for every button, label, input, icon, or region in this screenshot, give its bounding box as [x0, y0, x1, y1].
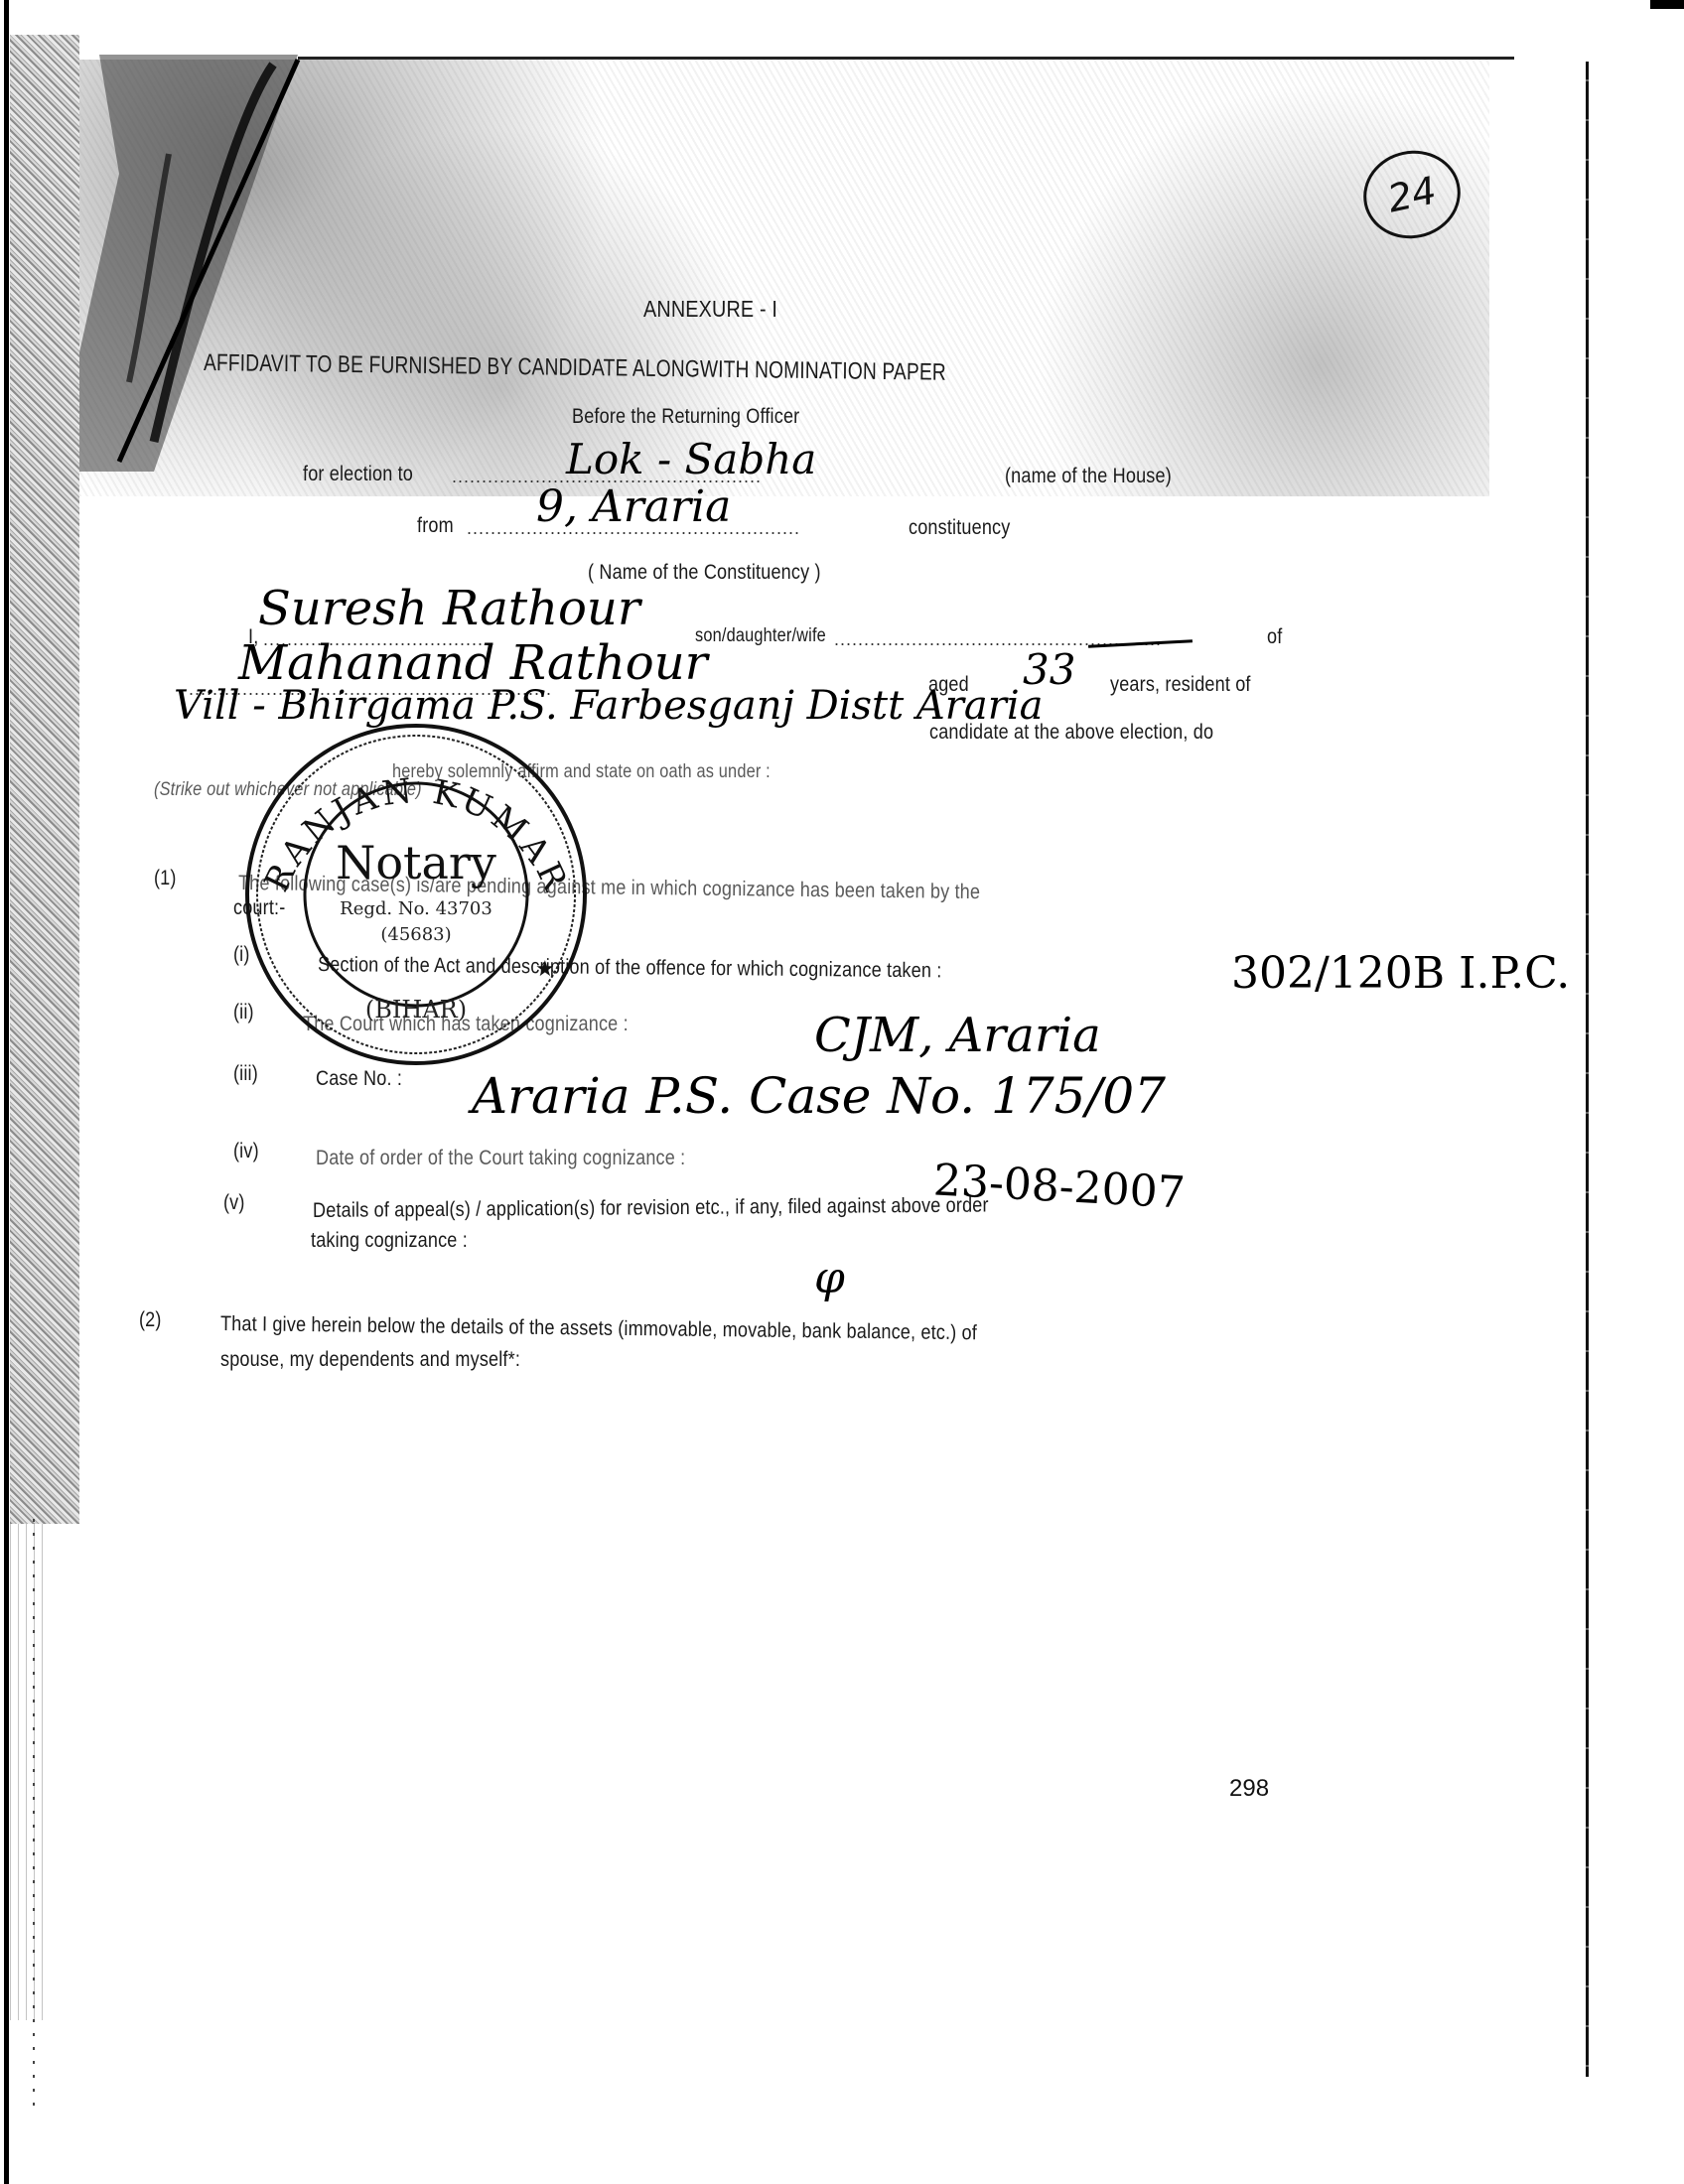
- page-number: 298: [1229, 1775, 1269, 1803]
- section-2-line1: That I give herein below the details of …: [220, 1312, 977, 1345]
- section-1-number: (1): [154, 867, 177, 890]
- section-2-number: (2): [139, 1308, 162, 1332]
- item-v-label-line2: taking cognizance :: [311, 1229, 468, 1253]
- item-iv-number: (iv): [233, 1140, 259, 1163]
- from-label: from: [417, 514, 454, 538]
- relation-strike-dash: [1082, 635, 1198, 653]
- of-label: of: [1267, 625, 1282, 649]
- stamp-center-text: Notary: [336, 836, 496, 889]
- years-resident-label: years, resident of: [1110, 673, 1251, 697]
- annexure-title: ANNEXURE - I: [643, 296, 777, 323]
- election-house-handwritten: Lok - Sabha: [566, 435, 816, 483]
- scan-noise-left-lower: [10, 1524, 50, 2020]
- item-v-label-line1: Details of appeal(s) / application(s) fo…: [313, 1193, 989, 1223]
- election-label: for election to: [303, 463, 413, 486]
- item-iii-value-handwritten: Araria P.S. Case No. 175/07: [472, 1067, 1166, 1125]
- notary-stamp: RANJAN KUMAR VERMA Notary Regd. No. 4370…: [241, 720, 591, 1069]
- page-top-edge: [298, 57, 1514, 60]
- relation-label: son/daughter/wife: [695, 625, 826, 647]
- item-v-value-handwritten: φ: [814, 1253, 845, 1303]
- constituency-caption: constituency: [909, 516, 1010, 540]
- scan-corner-mark: [1650, 0, 1684, 9]
- folded-corner-shadow: [60, 55, 318, 472]
- scan-dotted-edge: [33, 1519, 35, 2115]
- stamp-bottom-text: (BIHAR): [365, 996, 467, 1024]
- section-2-line2: spouse, my dependents and myself*:: [220, 1348, 520, 1372]
- item-ii-value-handwritten: CJM, Araria: [814, 1008, 1101, 1063]
- stamp-regd-text: Regd. No. 43703: [340, 898, 492, 919]
- page-right-edge: [1586, 62, 1589, 2077]
- constituency-handwritten: 9, Araria: [536, 481, 731, 532]
- scan-left-border: [4, 0, 9, 2184]
- item-iv-label: Date of order of the Court taking cogniz…: [316, 1147, 685, 1170]
- item-v-number: (v): [223, 1191, 245, 1215]
- svg-text:★: ★: [535, 957, 555, 982]
- stamp-sub-text: (45683): [380, 924, 451, 945]
- candidate-at-election: candidate at the above election, do: [929, 721, 1213, 745]
- before-returning-officer: Before the Returning Officer: [572, 405, 799, 429]
- name-of-house-caption: (name of the House): [1005, 465, 1172, 488]
- item-i-value-handwritten: 302/120B I.P.C.: [1231, 948, 1570, 999]
- candidate-name-handwritten: Suresh Rathour: [258, 581, 640, 636]
- item-iii-label: Case No. :: [316, 1067, 402, 1091]
